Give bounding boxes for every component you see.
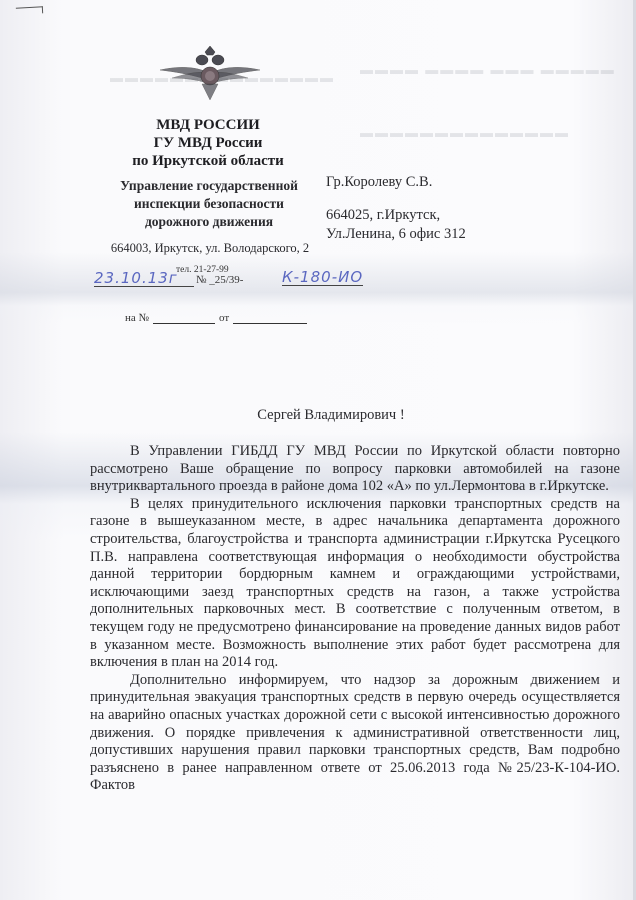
reply-from-blank xyxy=(233,313,307,324)
paragraph-1: В Управлении ГИБДД ГУ МВД России по Ирку… xyxy=(90,443,620,496)
department-name: Управление государственной инспекции без… xyxy=(106,177,312,231)
number-label: № xyxy=(196,274,207,286)
department-line-2: инспекции безопасности xyxy=(106,195,312,213)
paragraph-2: В целях принудительного исключения парко… xyxy=(90,496,620,672)
salutation: Сергей Владимирович ! xyxy=(0,407,636,424)
reply-from-label: от xyxy=(219,312,229,324)
paragraph-3: Дополнительно информируем, что надзор за… xyxy=(90,672,620,795)
corner-mark xyxy=(16,6,43,14)
reply-to-label: на № xyxy=(125,312,149,324)
letter-body: В Управлении ГИБДД ГУ МВД России по Ирку… xyxy=(90,443,620,795)
reply-to-blank xyxy=(153,313,215,324)
recipient-block: Гр.Королеву С.В. 664025, г.Иркутск, Ул.Л… xyxy=(326,173,466,244)
org-line-3: по Иркутской области xyxy=(118,152,298,170)
number-printed: _25/39- xyxy=(209,274,243,286)
show-through-text: ▬▬▬▬ ▬▬▬▬ ▬▬▬ ▬▬▬▬▬ xyxy=(360,62,616,78)
show-through-text: ▬▬▬▬▬▬▬▬▬▬▬▬▬▬ xyxy=(360,125,570,141)
recipient-address-line-2: Ул.Ленина, 6 офис 312 xyxy=(326,225,466,244)
reply-reference: на № от xyxy=(125,312,307,324)
sender-address: 664003, Иркутск, ул. Володарского, 2 xyxy=(100,241,320,256)
department-line-3: дорожного движения xyxy=(106,213,312,231)
handwritten-date: 23.10.13г xyxy=(94,270,194,287)
outgoing-number: № _25/39- xyxy=(196,274,243,286)
recipient-name: Гр.Королеву С.В. xyxy=(326,173,466,192)
department-line-1: Управление государственной xyxy=(106,177,312,195)
handwritten-number: К-180-ИО xyxy=(282,269,363,286)
recipient-address-line-1: 664025, г.Иркутск, xyxy=(326,206,466,225)
mvd-emblem-icon xyxy=(158,44,262,104)
org-line-2: ГУ МВД России xyxy=(118,134,298,152)
org-line-1: МВД РОССИИ xyxy=(118,116,298,134)
